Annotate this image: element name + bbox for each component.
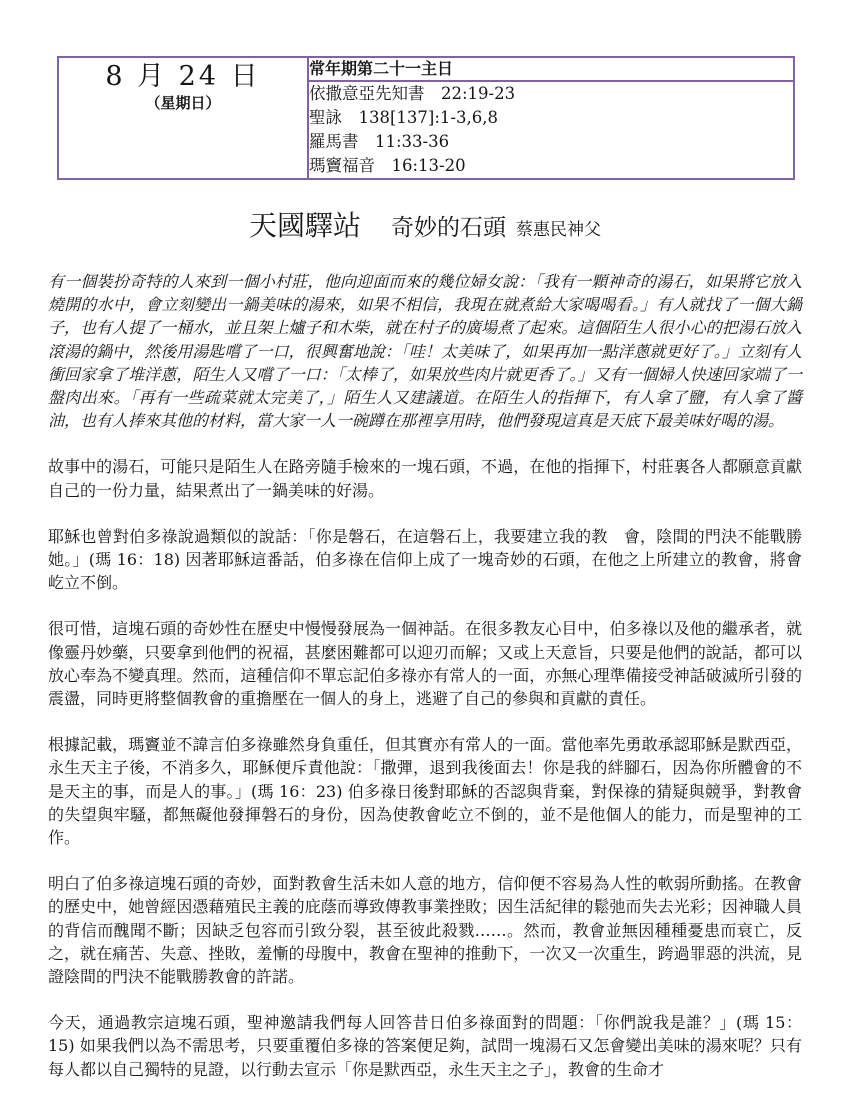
title-author: 蔡惠民神父 xyxy=(516,220,601,240)
reading-line-3: 羅馬書 11:33-36 xyxy=(309,130,793,154)
paragraph-3: 耶穌也曾對伯多祿說過類似的說話：「你是磐石，在這磐石上，我要建立我的教 會，陰間… xyxy=(48,525,802,595)
feast-cell: 常年期第二十一主日 xyxy=(308,57,794,81)
reading-line-4: 瑪竇福音 16:13-20 xyxy=(309,154,793,178)
paragraph-6: 明白了伯多祿這塊石頭的奇妙，面對教會生活未如人意的地方，信仰便不容易為人性的軟弱… xyxy=(48,872,802,988)
article-title: 天國驛站奇妙的石頭蔡惠民神父 xyxy=(48,204,802,244)
paragraph-2: 故事中的湯石，可能只是陌生人在路旁隨手檢來的一塊石頭，不過，在他的指揮下，村莊裏… xyxy=(48,455,802,501)
paragraph-story: 有一個裝扮奇特的人來到一個小村莊，他向迎面而來的幾位婦女說：「我有一顆神奇的湯石… xyxy=(48,270,802,432)
feast-title: 常年期第二十一主日 xyxy=(309,59,453,78)
article-body: 有一個裝扮奇特的人來到一個小村莊，他向迎面而來的幾位婦女說：「我有一顆神奇的湯石… xyxy=(48,270,802,1081)
reading-line-2: 聖詠 138[137]:1-3,6,8 xyxy=(309,106,793,130)
date-cell: 8 月 24 日 （星期日） xyxy=(58,57,308,179)
paragraph-4: 很可惜，這塊石頭的奇妙性在歷史中慢慢發展為一個神話。在很多教友心目中，伯多祿以及… xyxy=(48,617,802,710)
reading-line-1: 依撒意亞先知書 22:19-23 xyxy=(309,82,793,106)
lectionary-table: 8 月 24 日 （星期日） 常年期第二十一主日 依撒意亞先知書 22:19-2… xyxy=(57,56,795,180)
title-main: 天國驛站 xyxy=(249,209,361,242)
paragraph-5: 根據記載，瑪竇並不諱言伯多祿雖然身負重任，但其實亦有常人的一面。當他率先勇敢承認… xyxy=(48,733,802,849)
readings-cell: 依撒意亞先知書 22:19-23 聖詠 138[137]:1-3,6,8 羅馬書… xyxy=(308,81,794,179)
weekday-text: （星期日） xyxy=(59,93,307,113)
paragraph-7: 今天，通過教宗這塊石頭，聖神邀請我們每人回答昔日伯多祿面對的問題：「你們說我是誰… xyxy=(48,1011,802,1081)
date-text: 8 月 24 日 xyxy=(59,58,307,93)
document-page: 8 月 24 日 （星期日） 常年期第二十一主日 依撒意亞先知書 22:19-2… xyxy=(0,0,850,1100)
title-subtitle: 奇妙的石頭 xyxy=(391,215,506,241)
